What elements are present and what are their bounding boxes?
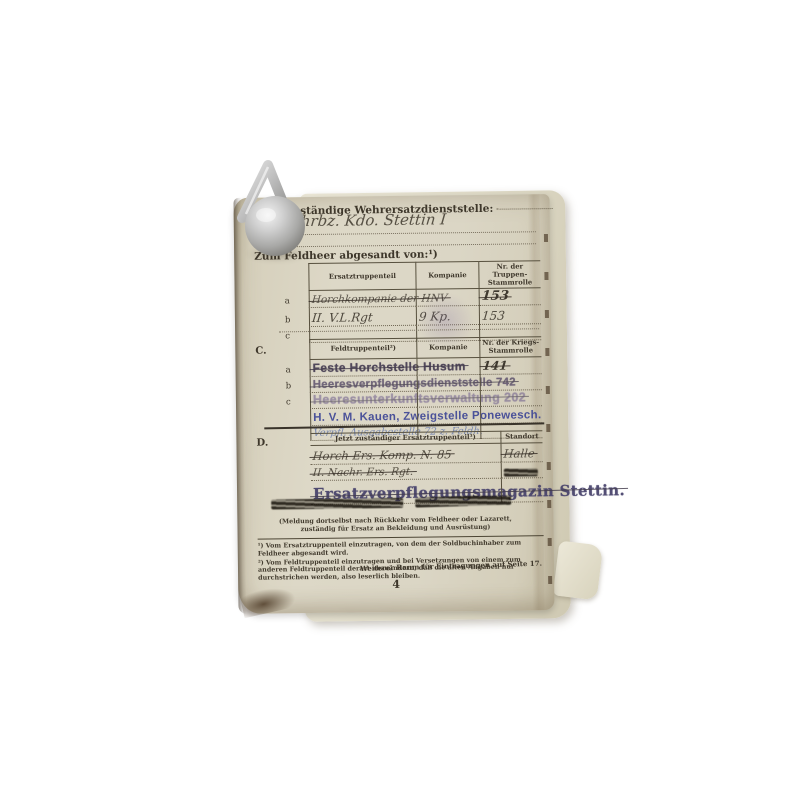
entry-nr-b <box>480 374 542 391</box>
entry-nr-a: 153 <box>479 289 541 307</box>
clasp-sphere <box>245 196 305 256</box>
row-label: a <box>279 291 309 308</box>
clasp-sphere-highlight <box>256 208 276 222</box>
section-c-label: C. <box>255 346 266 357</box>
entry-unit-a: Horchkompanie der HNV <box>309 290 416 308</box>
dotted-leader <box>496 208 552 210</box>
handwritten-number: 153 <box>481 289 510 304</box>
entry-kompanie-a <box>416 358 479 376</box>
row-label: a <box>279 360 309 377</box>
col-header-kriegsstammrolle: Nr. der Kriegs-Stammrolle <box>479 336 541 357</box>
booklet-page-corner <box>553 541 603 601</box>
row-label: b <box>280 377 310 393</box>
row-label <box>281 465 311 481</box>
entry-feldtruppenteil-kauen: H. V. M. Kauen, Zweigstelle Ponewesch. <box>310 407 417 425</box>
metal-press-stud <box>226 158 322 268</box>
entry-standort-1: Halle <box>500 443 542 463</box>
obliterated-text <box>504 468 538 476</box>
photo-of-soldbuch-page: Jetzt zuständige Wehrersatzdienststelle:… <box>0 0 800 800</box>
entry-feldtruppenteil-a: Feste Horchstelle Husum <box>309 358 416 376</box>
col-header-truppenstammrolle: Nr. der Truppen-Stammrolle <box>478 260 540 289</box>
handwritten-unit: II. V.L.Rgt <box>311 311 373 326</box>
entry-unit-b: II. V.L.Rgt <box>309 307 416 327</box>
handwritten-unit: II. Nachr. Ers. Rgt. <box>312 466 414 479</box>
entry-kompanie-c <box>417 391 480 408</box>
entry-kompanie-b <box>417 375 480 392</box>
row-label <box>280 409 310 426</box>
handwritten-number: 141 <box>482 358 508 372</box>
handwritten-standort: Halle <box>503 446 535 460</box>
col-header-kompanie: Kompanie <box>416 337 479 358</box>
obliterated-line-left <box>271 498 403 510</box>
entry-nr-a: 141 <box>479 357 541 375</box>
handwritten-number: 153 <box>481 309 505 323</box>
entry-ersatztruppenteil-1: Horch Ers. Komp. N. 85 <box>311 444 501 465</box>
handwritten-unit: Horch Ers. Komp. N. 85 <box>312 447 452 463</box>
col-header-standort: Standort <box>500 430 542 443</box>
entry-nr-kauen <box>480 406 542 424</box>
entry-feldtruppenteil-c: Heeresunterkunftsverwaltung 202 <box>310 391 417 408</box>
page-number: 4 <box>238 576 554 593</box>
meldung-note: (Meldung dortselbst nach Rückkehr vom Fe… <box>271 514 519 534</box>
entry-nr-b: 153 <box>479 306 541 326</box>
header-spacer <box>279 339 309 360</box>
col-header-kompanie: Kompanie <box>415 261 478 290</box>
section-d-label: D. <box>256 438 268 449</box>
row-label <box>281 446 311 465</box>
entry-feldtruppenteil-b: Heeresverpflegungsdienststelle 742 <box>310 375 417 392</box>
header-spacer <box>280 433 310 446</box>
col-header-ersatztruppenteil: Ersatztruppenteil <box>308 262 415 292</box>
entry-kompanie-kauen <box>417 407 480 425</box>
entry-standort-2 <box>501 462 543 479</box>
col-header-feldtruppenteil: Feldtruppenteil²) <box>309 338 416 360</box>
row-label: c <box>280 393 310 409</box>
obliterated-line-right <box>415 495 511 508</box>
row-label: b <box>279 308 309 327</box>
entry-nr-c <box>480 390 542 407</box>
